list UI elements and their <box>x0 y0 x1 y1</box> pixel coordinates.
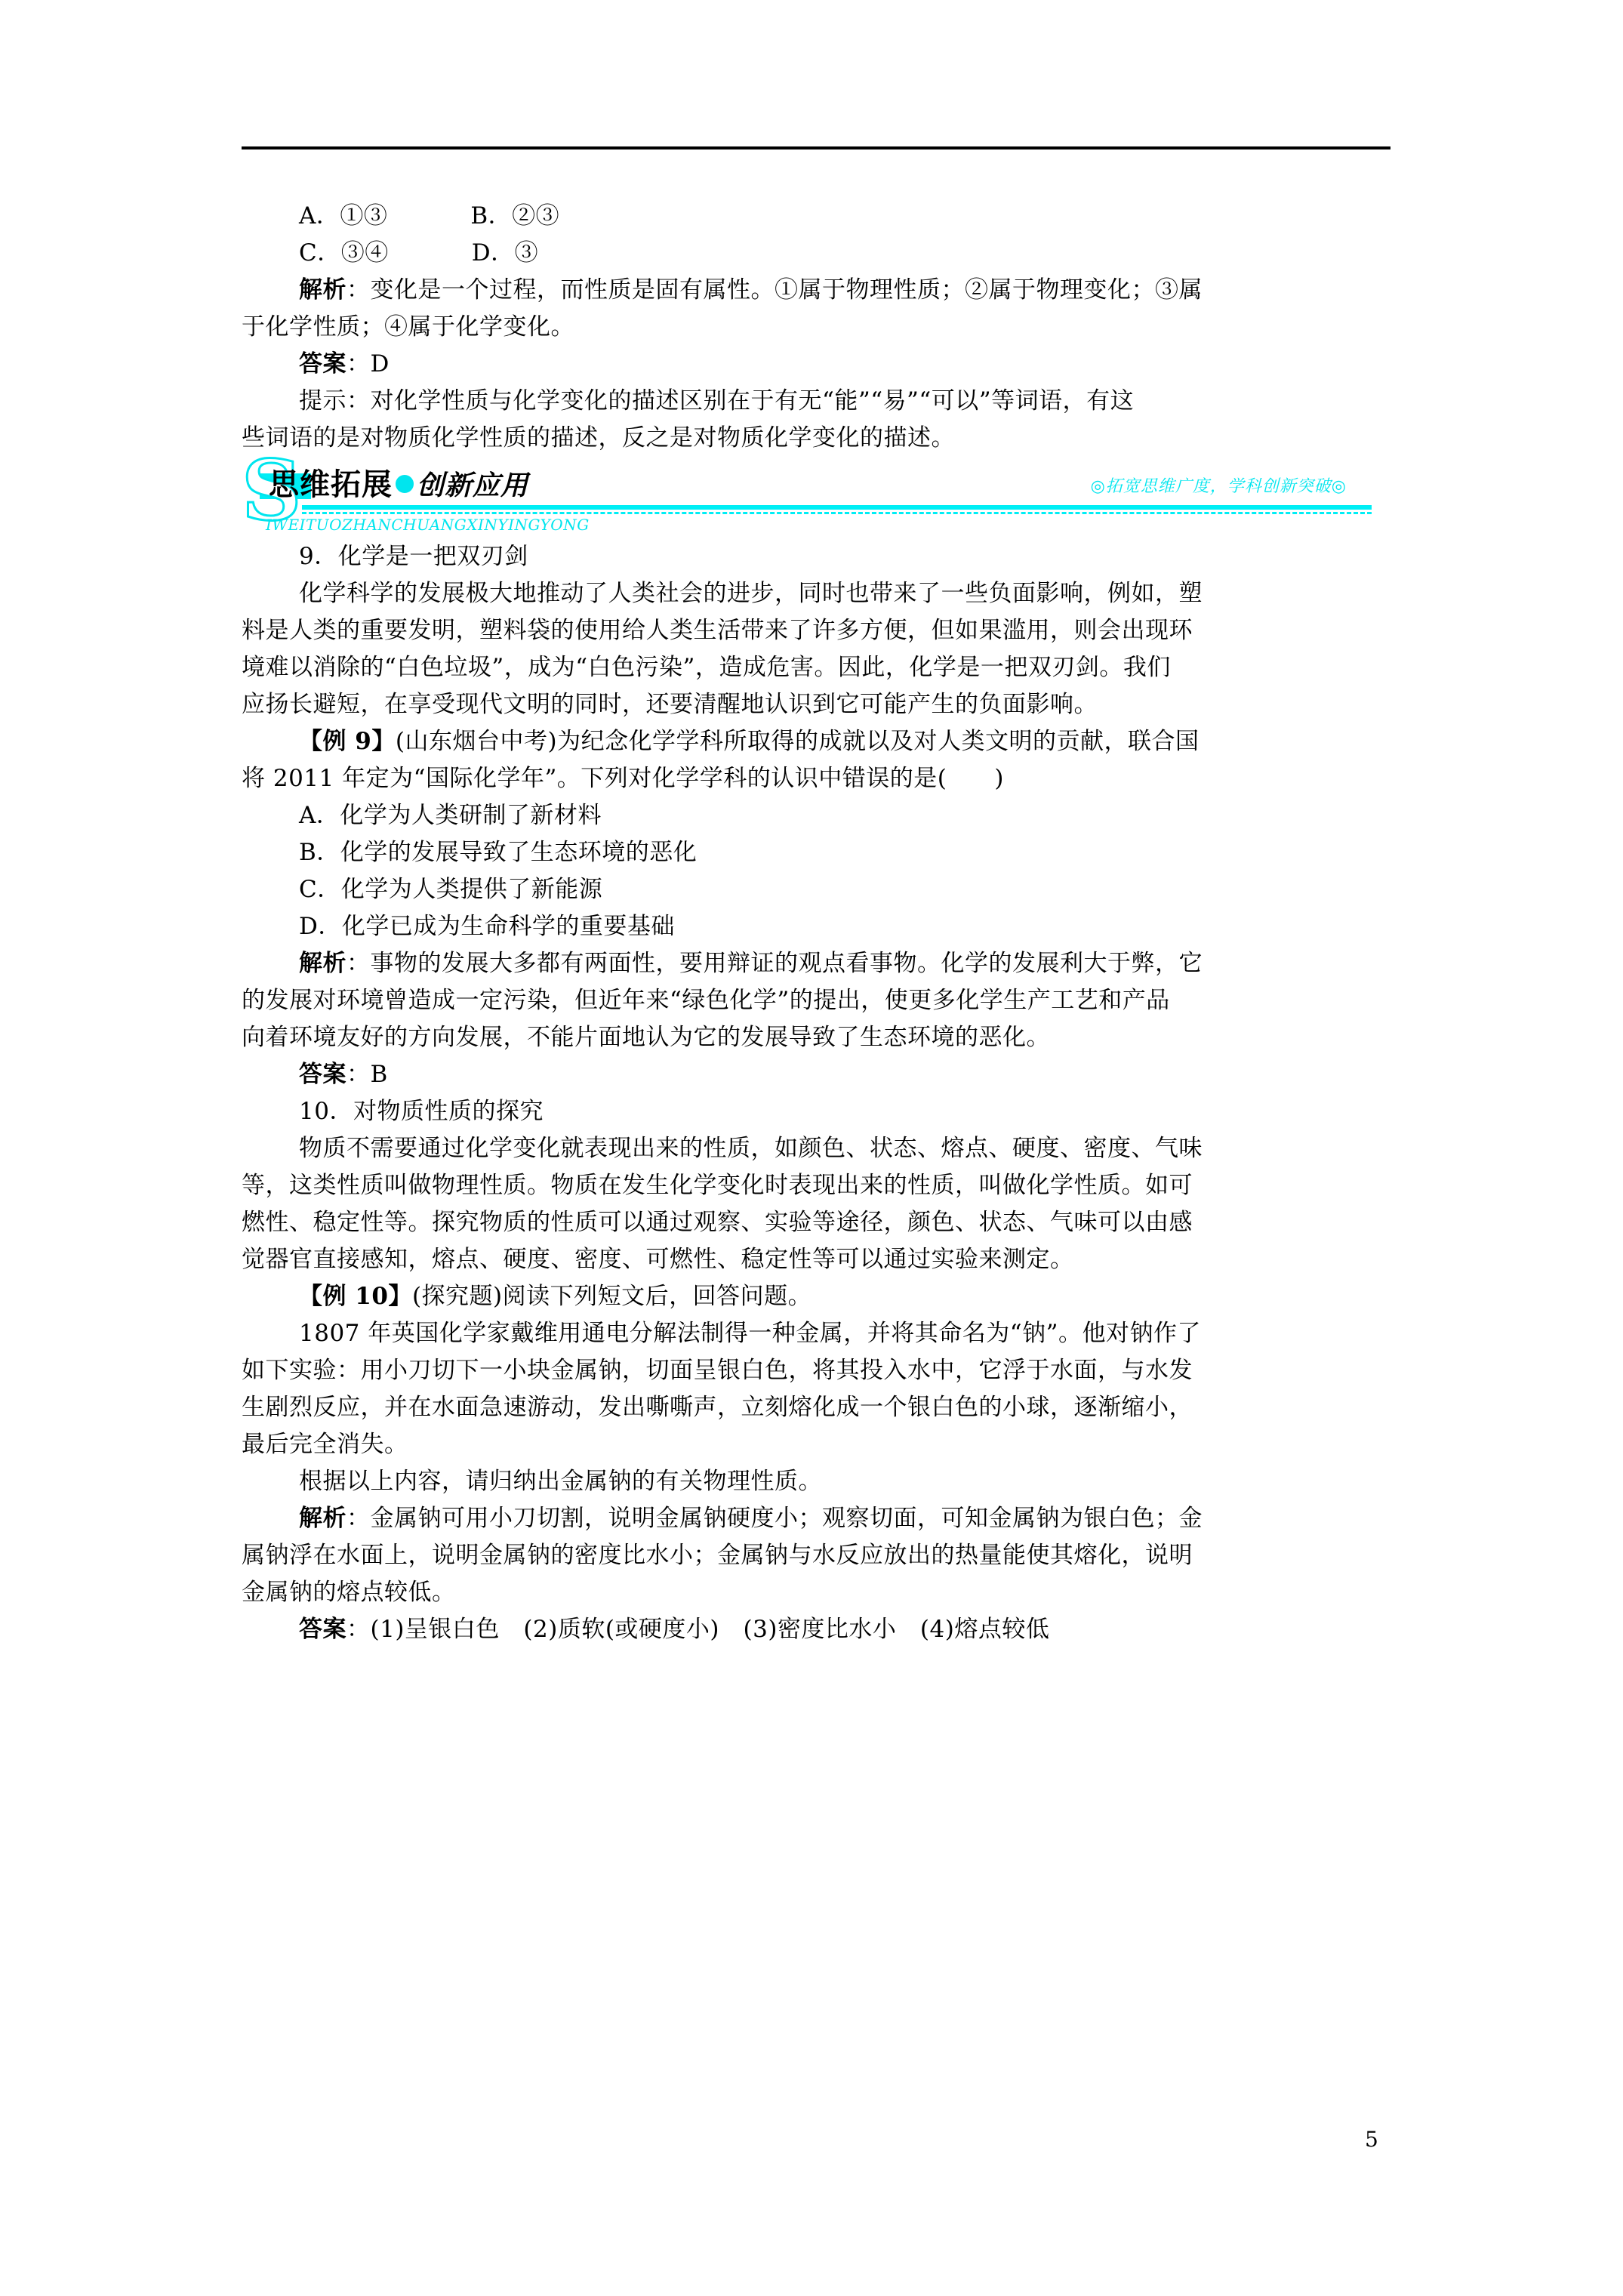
analysis-line: 解析：变化是一个过程，而性质是固有属性。①属于物理性质；②属于物理变化；③属 <box>242 272 1390 309</box>
page-content: A．①③B．②③ C．③④D．③ 解析：变化是一个过程，而性质是固有属性。①属于… <box>242 198 1390 1648</box>
analysis-label: 解析 <box>299 1505 346 1532</box>
paragraph-line: 化学科学的发展极大地推动了人类社会的进步，同时也带来了一些负面影响，例如，塑 <box>242 575 1390 612</box>
story-line: 最后完全消失。 <box>242 1426 1390 1463</box>
example-line: 【例 9】(山东烟台中考)为纪念化学学科所取得的成就以及对人类文明的贡献，联合国 <box>242 723 1390 760</box>
analysis-label: 解析 <box>299 276 346 304</box>
analysis-line: 于化学性质；④属于化学变化。 <box>242 309 1390 346</box>
paragraph-line: 等，这类性质叫做物理性质。物质在发生化学变化时表现出来的性质，叫做化学性质。如可 <box>242 1167 1390 1204</box>
answer-label: 答案 <box>299 1061 346 1088</box>
header-rule <box>242 146 1390 149</box>
option-c: C．③④ <box>299 235 389 272</box>
section-heading: 10．对物质性质的探究 <box>242 1093 1390 1130</box>
banner-dashed-rule <box>302 512 1372 514</box>
answer-line: 答案：B <box>242 1056 1390 1093</box>
choice-a: A．化学为人类研制了新材料 <box>242 797 1390 834</box>
example-line: 将 2011 年定为“国际化学年”。下列对化学学科的认识中错误的是( ) <box>242 760 1390 797</box>
answer-line: 答案：D <box>242 346 1390 383</box>
example-label: 【例 10】 <box>299 1283 412 1310</box>
page-number: 5 <box>1365 2128 1378 2152</box>
paragraph-line: 燃性、稳定性等。探究物质的性质可以通过观察、实验等途径，颜色、状态、气味可以由感 <box>242 1204 1390 1241</box>
paragraph-line: 觉器官直接感知，熔点、硬度、密度、可燃性、稳定性等可以通过实验来测定。 <box>242 1241 1390 1278</box>
paragraph-line: 境难以消除的“白色垃圾”，成为“白色污染”，造成危害。因此，化学是一把双刃剑。我… <box>242 649 1390 686</box>
options-row-2: C．③④D．③ <box>242 235 1390 272</box>
answer-label: 答案 <box>299 1616 346 1643</box>
choice-c: C．化学为人类提供了新能源 <box>242 871 1390 908</box>
option-a: A．①③ <box>299 198 387 235</box>
story-line: 生剧烈反应，并在水面急速游动，发出嘶嘶声，立刻熔化成一个银白色的小球，逐渐缩小， <box>242 1389 1390 1426</box>
banner-dot-icon <box>396 475 414 493</box>
option-d: D．③ <box>472 235 538 272</box>
example-line: 【例 10】(探究题)阅读下列短文后，回答问题。 <box>242 1278 1390 1315</box>
story-line: 1807 年英国化学家戴维用通电分解法制得一种金属，并将其命名为“钠”。他对钠作… <box>242 1315 1390 1352</box>
banner-slogan: ◎拓宽思维广度，学科创新突破◎ <box>1091 473 1347 497</box>
tip-line: 提示：对化学性质与化学变化的描述区别在于有无“能”“易”“可以”等词语，有这 <box>242 383 1390 420</box>
choice-b: B．化学的发展导致了生态环境的恶化 <box>242 834 1390 871</box>
paragraph-line: 料是人类的重要发明，塑料袋的使用给人类生活带来了许多方便，但如果滥用，则会出现环 <box>242 612 1390 649</box>
paragraph-line: 应扬长避短，在享受现代文明的同时，还要清醒地认识到它可能产生的负面影响。 <box>242 686 1390 723</box>
analysis-label: 解析 <box>299 950 346 977</box>
banner-title: 思维拓展创新应用 <box>269 467 528 504</box>
analysis-line: 解析：金属钠可用小刀切割，说明金属钠硬度小；观察切面，可知金属钠为银白色；金 <box>242 1500 1390 1537</box>
section-heading: 9．化学是一把双刃剑 <box>242 538 1390 575</box>
answer-label: 答案 <box>299 350 346 378</box>
analysis-line: 金属钠的熔点较低。 <box>242 1574 1390 1611</box>
banner-rule <box>302 505 1372 510</box>
paragraph-line: 物质不需要通过化学变化就表现出来的性质，如颜色、状态、熔点、硬度、密度、气味 <box>242 1130 1390 1167</box>
section-banner: S 思维拓展创新应用 ◎拓宽思维广度，学科创新突破◎ IWEITUOZHANCH… <box>242 457 1390 538</box>
analysis-line: 解析：事物的发展大多都有两面性，要用辩证的观点看事物。化学的发展利大于弊，它 <box>242 945 1390 982</box>
option-b: B．②③ <box>470 198 559 235</box>
story-line: 如下实验：用小刀切下一小块金属钠，切面呈银白色，将其投入水中，它浮于水面，与水发 <box>242 1352 1390 1389</box>
analysis-line: 属钠浮在水面上，说明金属钠的密度比水小；金属钠与水反应放出的热量能使其熔化，说明 <box>242 1537 1390 1574</box>
tip-line: 些词语的是对物质化学性质的描述，反之是对物质化学变化的描述。 <box>242 420 1390 457</box>
analysis-line: 的发展对环境曾造成一定污染，但近年来“绿色化学”的提出，使更多化学生产工艺和产品 <box>242 982 1390 1019</box>
question-line: 根据以上内容，请归纳出金属钠的有关物理性质。 <box>242 1463 1390 1500</box>
choice-d: D．化学已成为生命科学的重要基础 <box>242 908 1390 945</box>
options-row-1: A．①③B．②③ <box>242 198 1390 235</box>
banner-pinyin: IWEITUOZHANCHUANGXINYINGYONG <box>266 516 590 534</box>
analysis-line: 向着环境友好的方向发展，不能片面地认为它的发展导致了生态环境的恶化。 <box>242 1019 1390 1056</box>
answer-line: 答案：(1)呈银白色 (2)质软(或硬度小) (3)密度比水小 (4)熔点较低 <box>242 1611 1390 1648</box>
example-label: 【例 9】 <box>299 728 396 755</box>
